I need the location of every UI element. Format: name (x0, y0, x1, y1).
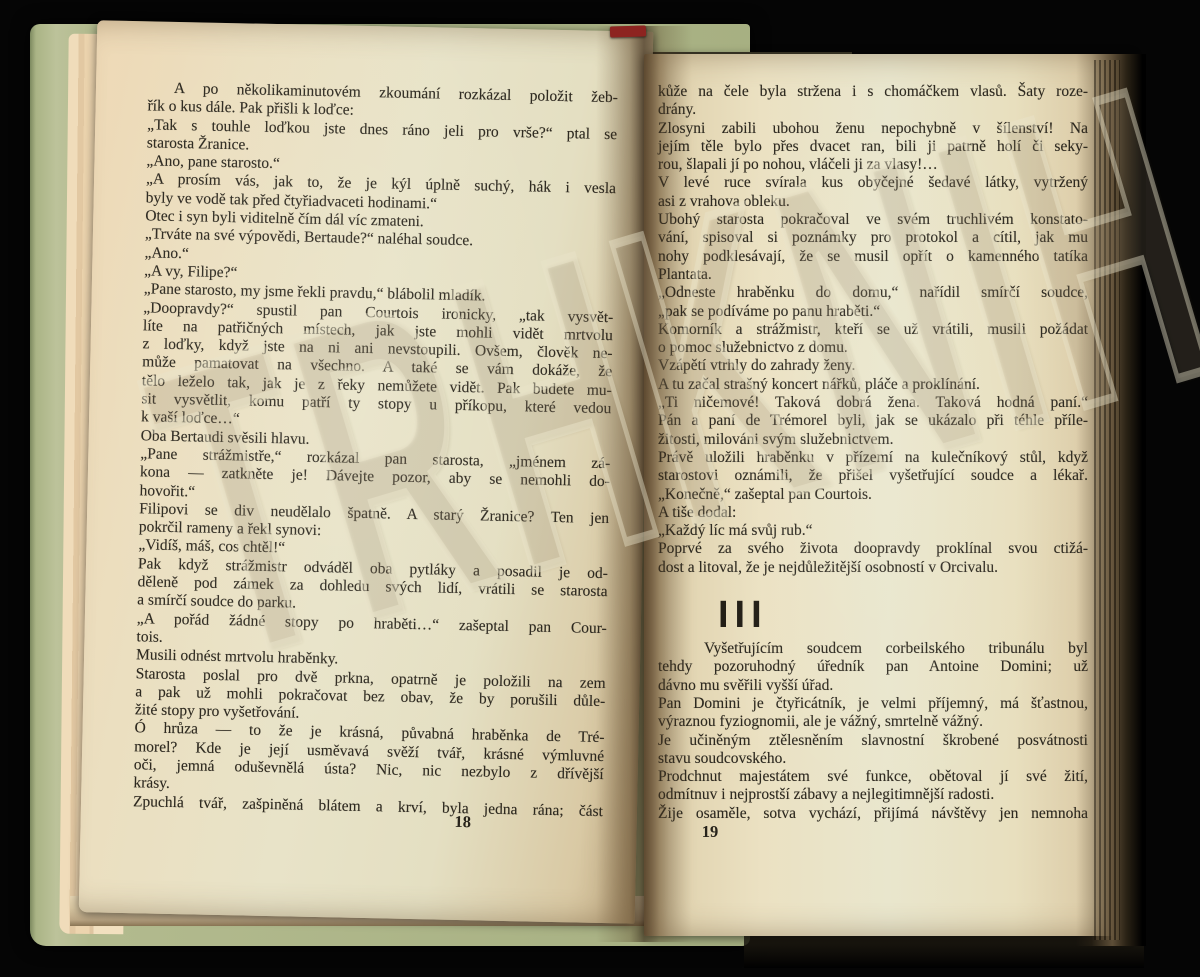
text-line: rou, šlapali jí po nohou, vláčeli ji za … (658, 156, 1088, 174)
text-line: drány. (658, 101, 1088, 119)
text-line: „Konečně,“ zašeptal pan Courtois. (658, 486, 1088, 504)
text-line: Prodchnut majestátem své funkce, obětova… (658, 768, 1088, 786)
text-line: kůže na čele byla stržena i s chomáčkem … (658, 83, 1088, 101)
chapter-heading: III (718, 603, 1088, 628)
text-line: „pak se podíváme po panu hraběti.“ (658, 303, 1088, 321)
text-line: „Ti ničemové! Taková dobrá žena. Taková … (658, 394, 1088, 412)
right-page: kůže na čele byla stržena i s chomáčkem … (644, 54, 1132, 936)
book-photo-scene: A po několikaminutovém zkoumání rozkázal… (0, 0, 1200, 977)
text-line: dost a litoval, že je nejdůležitější oso… (658, 559, 1088, 577)
text-line: Ubohý starosta pokračoval ve svém truchl… (658, 211, 1088, 229)
text-line: o pomoc služebnictvo z domu. (658, 339, 1088, 357)
text-line: dávno mu svěřili vyšší úřad. (658, 677, 1088, 695)
text-line: V levé ruce svírala kus obyčejné šedavé … (658, 174, 1088, 192)
text-line: Zlosyni zabili ubohou ženu nepochybně v … (658, 120, 1088, 138)
text-line: tehdy pozoruhodný úředník pan Antoine Do… (658, 658, 1088, 676)
text-line: stavu soudcovského. (658, 750, 1088, 768)
text-line: nohy podklesávají, že se musil opřít o k… (658, 248, 1088, 266)
red-headband-mark (610, 25, 646, 37)
text-line: Komorník a strážmistr, kteří se už vráti… (658, 321, 1088, 339)
text-line: odmítnuv i nejprostší zábavy a nejlegiti… (658, 786, 1088, 804)
text-line: „Každý líc má svůj rub.“ (658, 522, 1088, 540)
text-line: výraznou fyziognomii, ale je vážný, smrt… (658, 713, 1088, 731)
left-page-text: A po několikaminutovém zkoumání rozkázal… (133, 79, 618, 821)
right-fore-edge-lines (1094, 60, 1120, 940)
text-line: Plantata. (658, 266, 1088, 284)
text-line: Je učiněným ztělesněním slavnostní škrob… (658, 732, 1088, 750)
right-page-text: kůže na čele byla stržena i s chomáčkem … (658, 83, 1088, 823)
text-line: A tu začal strašný koncert nářků, pláče … (658, 376, 1088, 394)
right-page-text-after-heading: Vyšetřujícím soudcem corbeilského tribun… (658, 640, 1088, 823)
text-line: asi z vrahova obleku. (658, 193, 1088, 211)
text-line: Právě uložili hraběnku v přízemí na kule… (658, 449, 1088, 467)
text-line: Poprvé za svého života doopravdy proklín… (658, 540, 1088, 558)
text-line: žitosti, milováni svým služebnictvem. (658, 431, 1088, 449)
text-line: jejím těle bylo přes dvacet ran, bili ji… (658, 138, 1088, 156)
text-line: Pán a paní de Trémorel byli, jak se ukáz… (658, 412, 1088, 430)
text-line: „Odneste hraběnku do domu,“ nařídil smír… (658, 284, 1088, 302)
text-line: A tiše dodal: (658, 504, 1088, 522)
text-line: Pan Domini je čtyřicátník, je velmi příj… (658, 695, 1088, 713)
text-line: Vyšetřujícím soudcem corbeilského tribun… (658, 640, 1088, 658)
right-page-number: 19 (680, 822, 740, 842)
text-line: Vzápětí vtrhly do zahrady ženy. (658, 357, 1088, 375)
right-page-text-before-heading: kůže na čele byla stržena i s chomáčkem … (658, 83, 1088, 577)
text-line: vání, spisoval si poznámky pro protokol … (658, 229, 1088, 247)
text-line: starostovi oznámili, že přišel vyšetřují… (658, 467, 1088, 485)
text-line: Žije osaměle, sotva vychází, přijímá náv… (658, 805, 1088, 823)
left-page: A po několikaminutovém zkoumání rozkázal… (79, 20, 654, 923)
left-page-number: 18 (432, 811, 492, 832)
